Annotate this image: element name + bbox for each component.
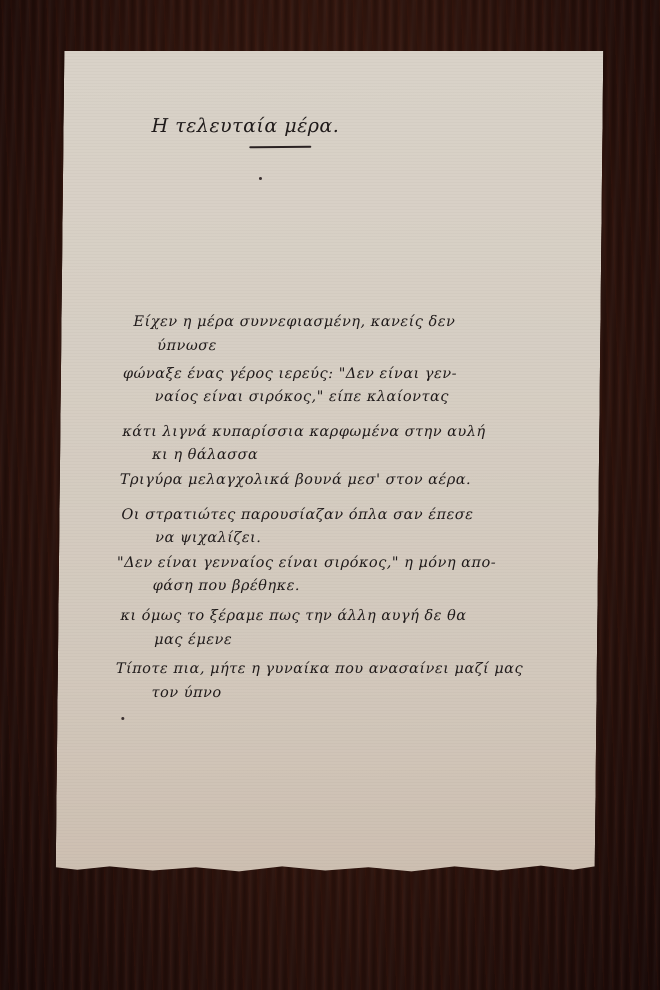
poem-line-15: τον ύπνο: [129, 685, 221, 701]
poem-title: Η τελευταία μέρα.: [151, 115, 339, 137]
poem-line-2: ύπνωσε: [135, 338, 217, 354]
poem-line-9: να ψιχαλίζει.: [133, 530, 261, 546]
poem-line-11: φάση που βρέθηκε.: [131, 578, 300, 594]
ink-dot: [259, 177, 262, 180]
poem-line-6: κι η θάλασσα: [130, 447, 258, 463]
poem-line-3: φώναξε ένας γέρος ιερεύς: "Δεν είναι γεν…: [123, 366, 457, 382]
poem-line-12: κι όμως το ξέραμε πως την άλλη αυγή δε θ…: [120, 608, 466, 624]
poem-line-7: Τριγύρα μελαγχολικά βουνά μεσ' στον αέρα…: [120, 472, 472, 488]
poem-line-10: "Δεν είναι γενναίος είναι σιρόκος," η μό…: [117, 555, 496, 571]
poem-line-4: ναίος είναι σιρόκος," είπε κλαίοντας: [133, 389, 449, 405]
title-underline: [249, 146, 311, 149]
poem-line-1: Είχεν η μέρα συννεφιασμένη, κανείς δεν: [133, 314, 455, 330]
poem-line-14: Τίποτε πια, μήτε η γυναίκα που ανασαίνει…: [116, 661, 523, 677]
poem-line-5: κάτι λιγνά κυπαρίσσια καρφωμένα στην αυλ…: [122, 424, 486, 440]
manuscript-page: Η τελευταία μέρα. Είχεν η μέρα συννεφιασ…: [56, 51, 604, 873]
poem-line-8: Οι στρατιώτες παρουσίαζαν όπλα σαν έπεσε: [121, 507, 473, 523]
ink-dot: [121, 717, 124, 720]
poem-line-13: μας έμενε: [132, 632, 232, 648]
